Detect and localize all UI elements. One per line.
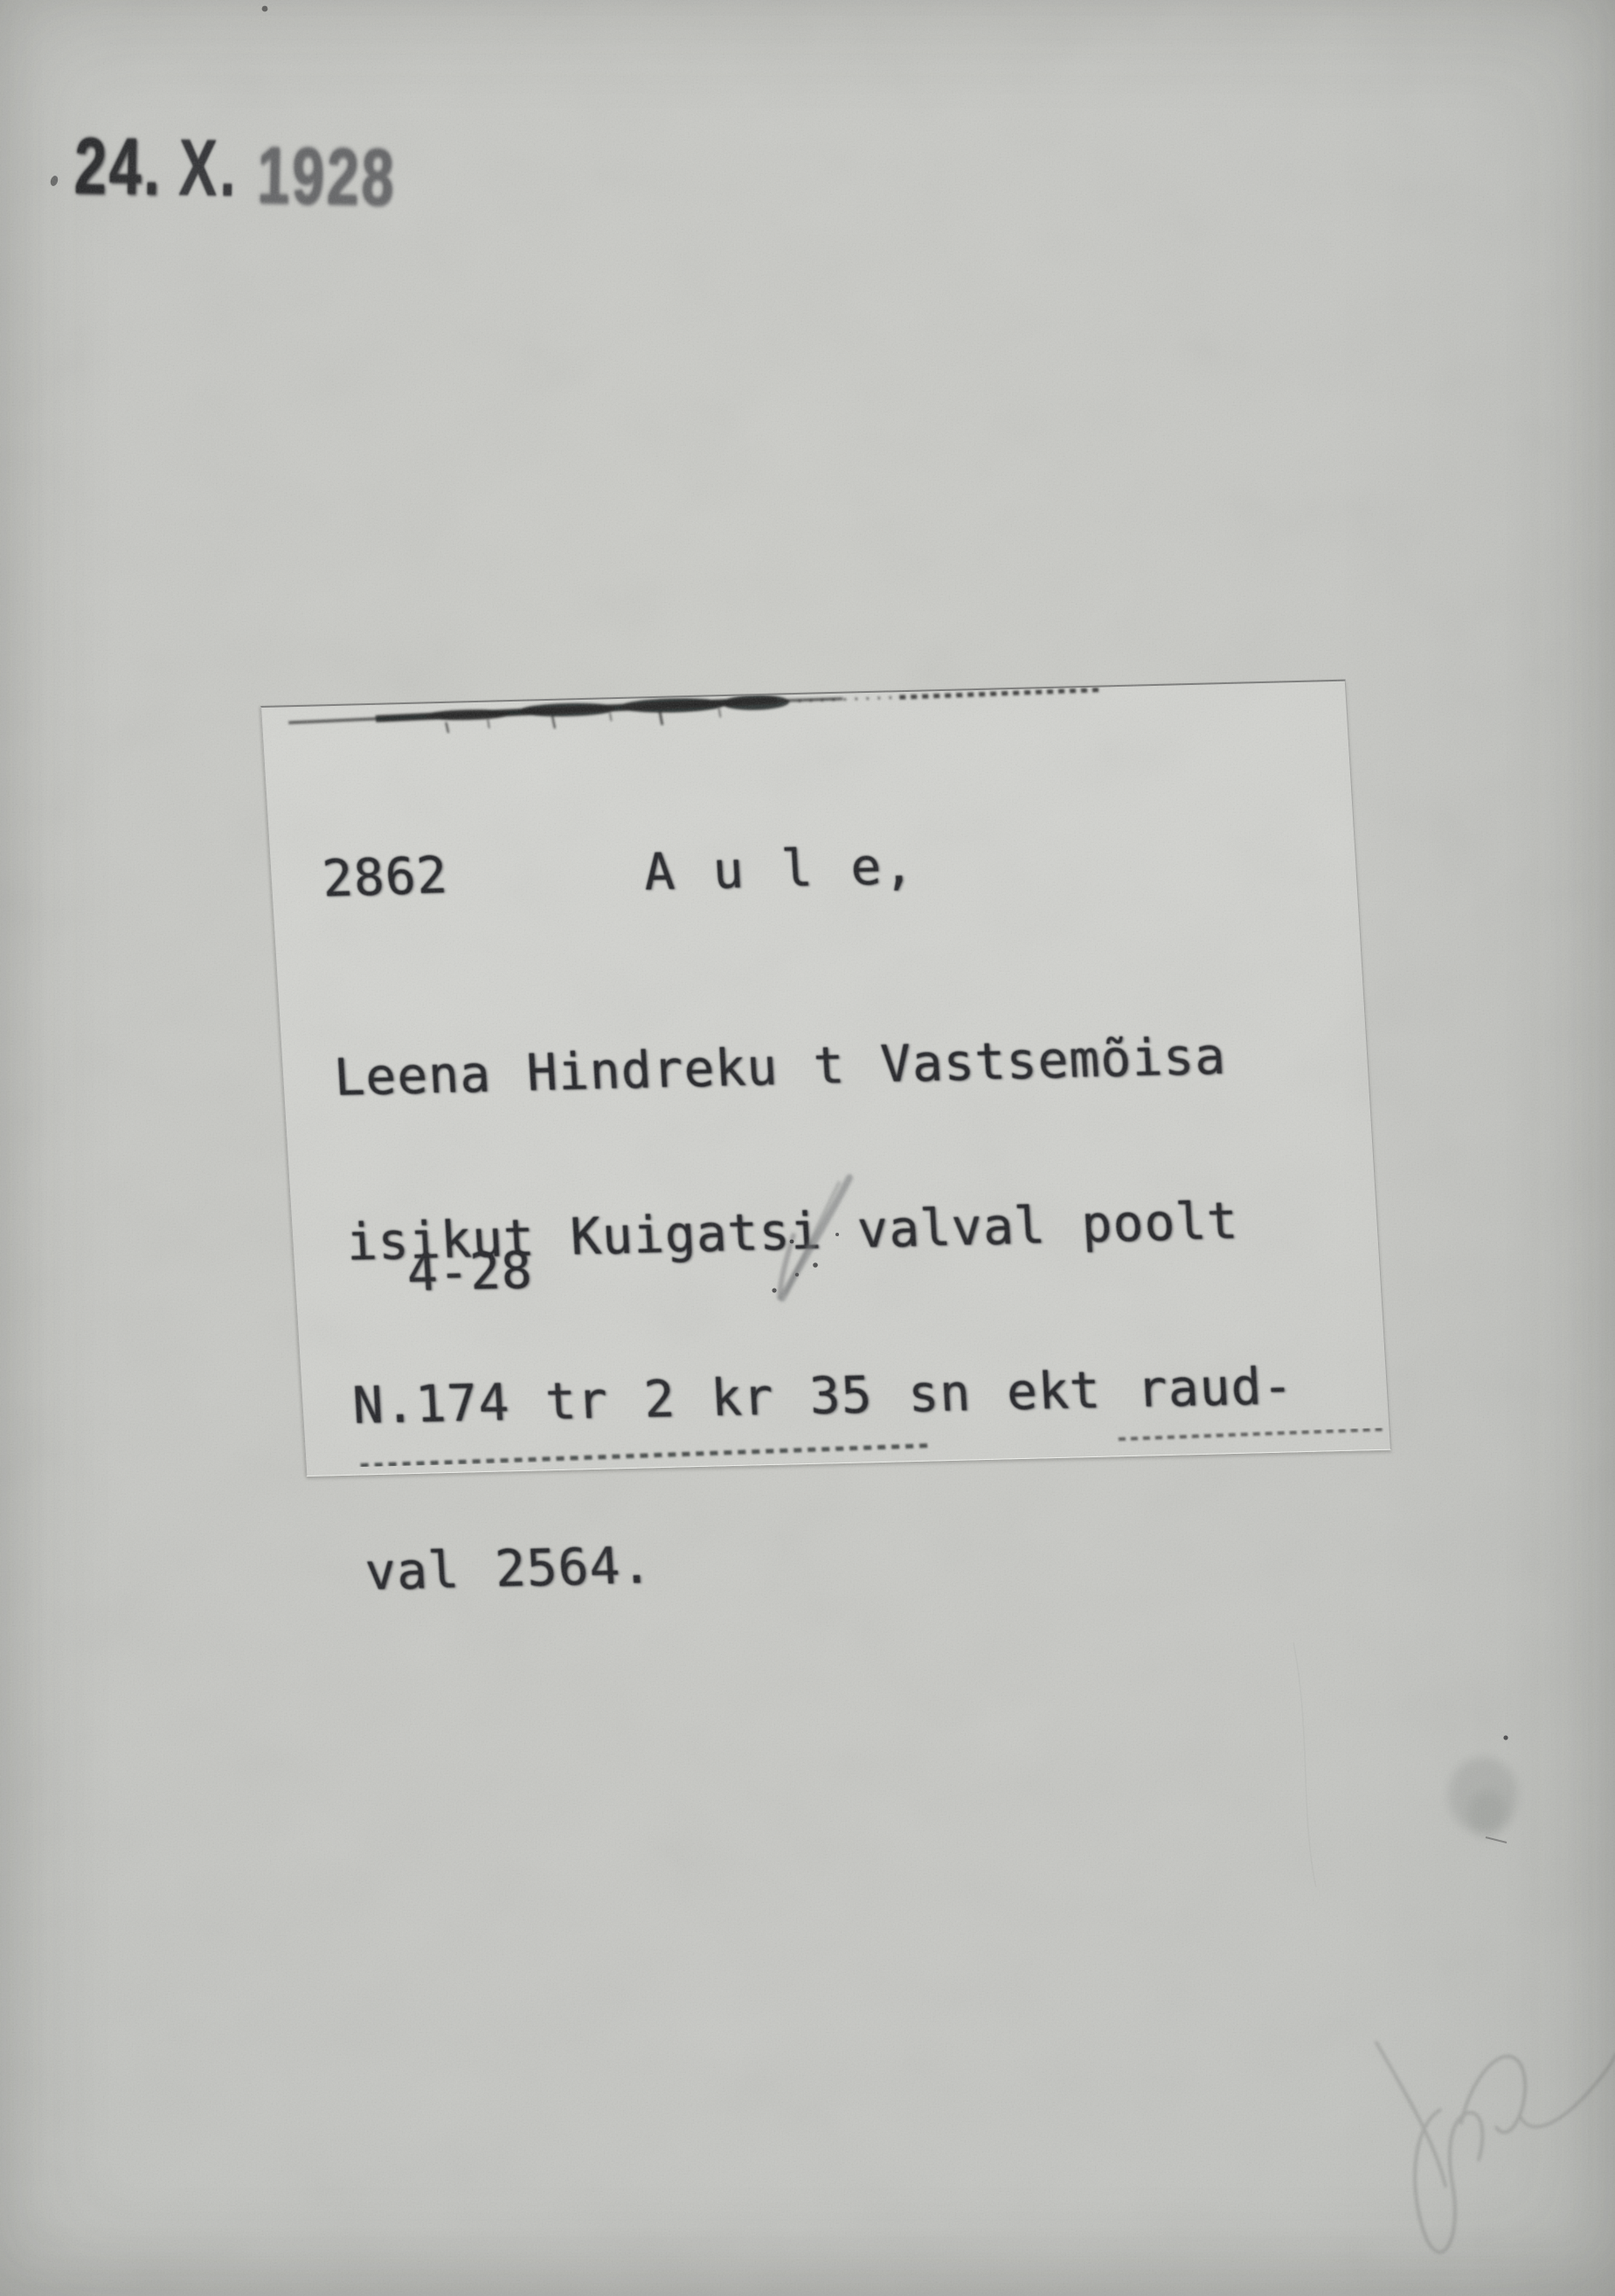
paper-fiber — [1486, 1837, 1507, 1843]
pencil-scribble — [1376, 2043, 1615, 2252]
slip-top-ink-smear — [261, 681, 1348, 751]
slip-body: Leena Hindreku t Vastsemõisa isikut Kuig… — [326, 917, 1313, 1710]
surname: A u l e, — [642, 839, 917, 901]
pasted-slip: 2862 A u l e, Leena Hindreku t Vastsemõi… — [260, 680, 1391, 1476]
date-stamp-day: 24. — [73, 121, 163, 212]
body-line: N.174 tr 2 kr 35 sn ekt raud- — [351, 1359, 1295, 1433]
date-stamp: 24.X.1928 — [73, 121, 397, 218]
date-stamp-year: 1928 — [256, 130, 397, 225]
record-number: 2862 — [321, 847, 450, 906]
body-line: Leena Hindreku t Vastsemõisa — [332, 1027, 1276, 1105]
scanned-card: 24.X.1928 — [0, 0, 1615, 2296]
date-stamp-month: X. — [178, 123, 239, 213]
smudge-mark — [1448, 1757, 1518, 1837]
body-line: val 2564. — [364, 1522, 1307, 1600]
footer-code: 4-28 — [405, 1243, 534, 1301]
